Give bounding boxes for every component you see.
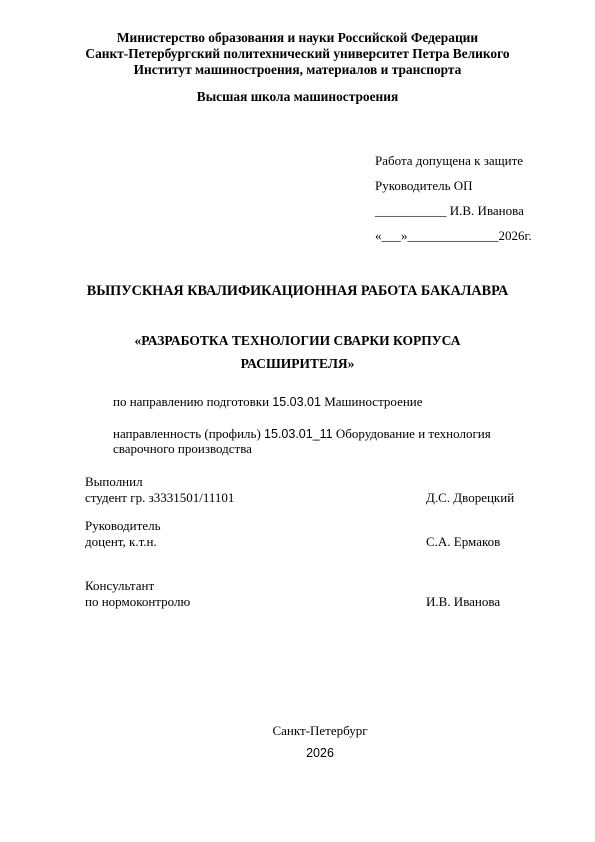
supervisor-role: Руководитель bbox=[85, 518, 161, 534]
school-name: Высшая школа машиностроения bbox=[0, 89, 595, 105]
supervisor-position: доцент, к.т.н. bbox=[85, 534, 157, 550]
direction-code: 15.03.01 bbox=[272, 395, 321, 409]
profile-name-2: сварочного производства bbox=[113, 441, 252, 457]
topic-line-1: «РАЗРАБОТКА ТЕХНОЛОГИИ СВАРКИ КОРПУСА bbox=[0, 333, 595, 349]
student-position: студент гр. з3331501/11101 bbox=[85, 490, 234, 506]
approval-date: «___»______________2026г. bbox=[375, 228, 532, 244]
student-name: Д.С. Дворецкий bbox=[426, 490, 514, 506]
topic-line-2: РАСШИРИТЕЛЯ» bbox=[0, 356, 595, 372]
university-name: Санкт-Петербургский политехнический унив… bbox=[0, 46, 595, 62]
student-role: Выполнил bbox=[85, 474, 143, 490]
footer-city: Санкт-Петербург bbox=[0, 723, 595, 739]
institute-name: Институт машиностроения, материалов и тр… bbox=[0, 62, 595, 78]
direction-name: Машиностроение bbox=[321, 394, 423, 409]
profile-prefix: направленность (профиль) bbox=[113, 426, 264, 441]
consultant-position: по нормоконтролю bbox=[85, 594, 190, 610]
consultant-role: Консультант bbox=[85, 578, 154, 594]
approval-admitted: Работа допущена к защите bbox=[375, 153, 523, 169]
profile-name-1: Оборудование и технология bbox=[333, 426, 491, 441]
supervisor-name: С.А. Ермаков bbox=[426, 534, 500, 550]
profile-line-1: направленность (профиль) 15.03.01_11 Обо… bbox=[113, 426, 491, 442]
profile-code: 15.03.01_11 bbox=[264, 427, 333, 441]
consultant-name: И.В. Иванова bbox=[426, 594, 500, 610]
approval-signature: ___________ И.В. Иванова bbox=[375, 203, 524, 219]
direction-line: по направлению подготовки 15.03.01 Машин… bbox=[113, 394, 423, 410]
work-type-title: ВЫПУСКНАЯ КВАЛИФИКАЦИОННАЯ РАБОТА БАКАЛА… bbox=[0, 283, 595, 300]
approval-head: Руководитель ОП bbox=[375, 178, 473, 194]
footer-year: 2026 bbox=[0, 746, 595, 760]
ministry-name: Министерство образования и науки Российс… bbox=[0, 30, 595, 46]
direction-prefix: по направлению подготовки bbox=[113, 394, 272, 409]
